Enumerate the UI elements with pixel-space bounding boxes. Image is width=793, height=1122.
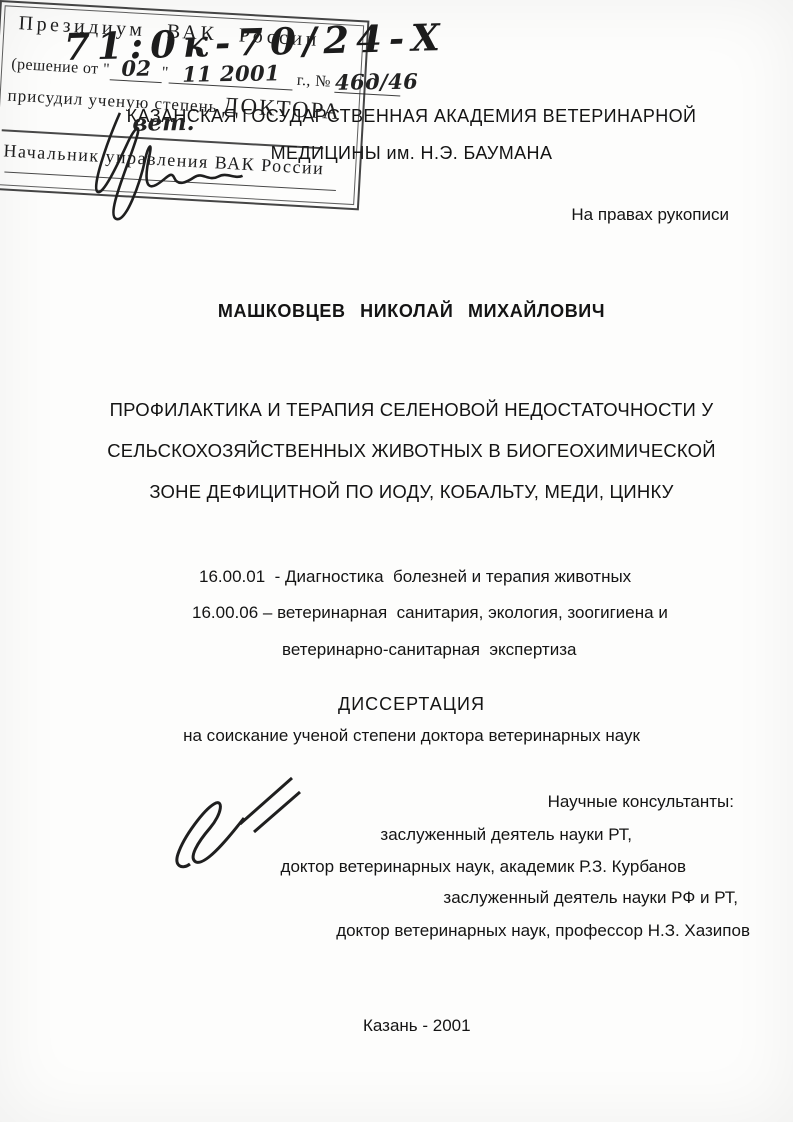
specialty-code-2-line2: ветеринарно-санитарная экспертиза [282, 640, 576, 660]
specialty-code-2-line1: 16.00.06 – ветеринарная санитария, эколо… [192, 603, 668, 623]
consultant2-title: заслуженный деятель науки РФ и РТ, [443, 888, 738, 908]
stamp-decision-number: 46д/46 [335, 71, 418, 93]
stamp-decision-date-field: 11 2001 [168, 60, 293, 91]
dissertation-title-page: 71:0к-70/24-Х КАЗАНСКАЯ ГОСУДАРСТВЕННАЯ … [0, 0, 793, 1122]
author-signature [152, 766, 322, 888]
stamp-inner-frame: Президиум ВАК России (решение от "02"11 … [0, 5, 364, 205]
stamp-decision-day-field: 02 [109, 56, 162, 83]
consultants-heading: Научные консультанты: [548, 792, 734, 812]
city-year: Казань - 2001 [363, 1016, 471, 1036]
manuscript-rights-note: На правах рукописи [571, 205, 729, 225]
consultant1-title: заслуженный деятель науки РТ, [380, 825, 632, 845]
stamp-decision-middle: г., № [292, 71, 336, 90]
stamp-decision-number-field: 46д/46 [335, 69, 402, 97]
dissertation-title-line3: ЗОНЕ ДЕФИЦИТНОЙ ПО ИОДУ, КОБАЛЬТУ, МЕДИ,… [30, 481, 793, 503]
official-signature [72, 103, 268, 233]
stamp-decision-day: 02 [121, 57, 151, 78]
specialty-code-1: 16.00.01 - Диагностика болезней и терапи… [199, 567, 631, 587]
vak-stamp: Президиум ВАК России (решение от "02"11 … [0, 0, 369, 210]
author-name: МАШКОВЦЕВ НИКОЛАЙ МИХАЙЛОВИЧ [30, 301, 793, 322]
thesis-type-heading: ДИССЕРТАЦИЯ [30, 694, 793, 715]
dissertation-title-line2: СЕЛЬСКОХОЗЯЙСТВЕННЫХ ЖИВОТНЫХ В БИОГЕОХИ… [30, 440, 793, 462]
thesis-degree-subtitle: на соискание ученой степени доктора вете… [30, 726, 793, 746]
consultant2-name: доктор ветеринарных наук, профессор Н.З.… [336, 921, 750, 941]
stamp-decision-month-year: 11 2001 [182, 62, 280, 84]
stamp-decision-prefix: (решение от " [11, 56, 110, 78]
stamp-title: Президиум ВАК России [18, 12, 320, 52]
dissertation-title-line1: ПРОФИЛАКТИКА И ТЕРАПИЯ СЕЛЕНОВОЙ НЕДОСТА… [30, 399, 793, 421]
consultant1-name: доктор ветеринарных наук, академик Р.З. … [281, 857, 686, 877]
